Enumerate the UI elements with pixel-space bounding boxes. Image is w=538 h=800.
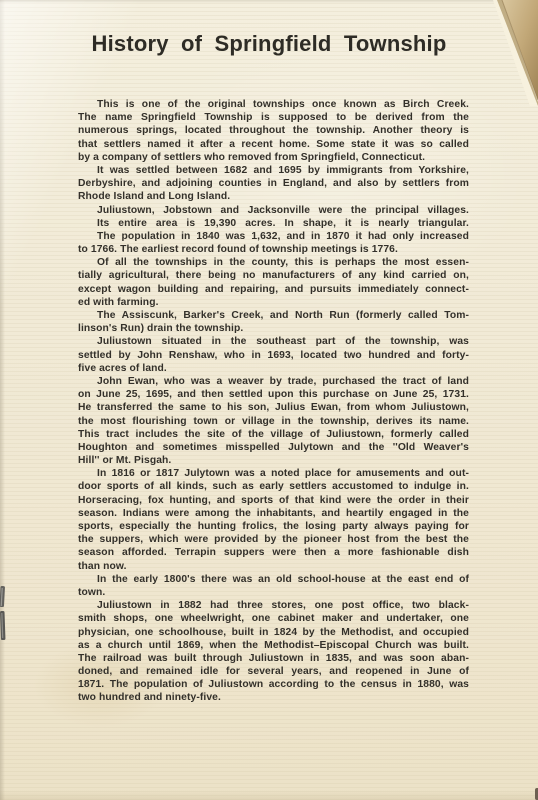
text-line: town. (78, 586, 469, 599)
scanned-page: History of Springfield Township This is … (0, 0, 538, 800)
text-line: smith shops, one wheelwright, one cabine… (78, 612, 469, 625)
text-line: than now. (78, 560, 469, 573)
text-line: doned, and remained idle for several yea… (78, 665, 469, 678)
text-line: In the early 1800's there was an old sch… (78, 573, 469, 586)
text-line: as a church until 1869, when the Methodi… (78, 639, 469, 652)
text-line: the most flourishing town or village in … (78, 415, 469, 428)
text-line: two hundred and ninety-five. (78, 691, 469, 704)
text-line: that settlers named it after a recent ho… (78, 138, 469, 151)
text-line: the suppers, which were provided by the … (78, 533, 469, 546)
text-line: linson's Run) drain the township. (78, 322, 469, 335)
text-line: Horseracing, fox hunting, and sports of … (78, 494, 469, 507)
book-cover-corner (492, 0, 538, 106)
text-line: tially agricultural, there being no manu… (78, 269, 469, 282)
text-line: physician, one schoolhouse, built in 182… (78, 626, 469, 639)
text-line: Rhode Island and Long Island. (78, 190, 469, 203)
text-line: Houghton and sometimes misspelled Julyto… (78, 441, 469, 454)
text-line: Hill'' or Mt. Pisgah. (78, 454, 469, 467)
text-line: In 1816 or 1817 Julytown was a noted pla… (78, 467, 469, 480)
text-line: numerous springs, located throughout the… (78, 124, 469, 137)
text-line: Juliustown in 1882 had three stores, one… (78, 599, 469, 612)
text-line: The railroad was built through Juliustow… (78, 652, 469, 665)
text-line: ed with farming. (78, 296, 469, 309)
text-line: Its entire area is 19,390 acres. In shap… (78, 217, 469, 230)
text-line: Of all the townships in the county, this… (78, 256, 469, 269)
text-line: He transferred the same to his son, Juli… (78, 401, 469, 414)
text-line: season afforded. Terrapin suppers were t… (78, 546, 469, 559)
text-line: door sports of all kinds, such as early … (78, 480, 469, 493)
text-line: to 1766. The earliest record found of to… (78, 243, 469, 256)
text-line: except wagon building and repairing, and… (78, 283, 469, 296)
text-line: 1871. The population of Juliustown accor… (78, 678, 469, 691)
text-line: This tract includes the site of the vill… (78, 428, 469, 441)
text-line: season. Indians were among the inhabitan… (78, 507, 469, 520)
staple (0, 586, 9, 644)
body-text: This is one of the original townships on… (78, 98, 469, 705)
scan-top-edge (0, 0, 538, 3)
text-line: It was settled between 1682 and 1695 by … (78, 164, 469, 177)
text-line: John Ewan, who was a weaver by trade, pu… (78, 375, 469, 388)
text-line: settled by John Renshaw, who in 1693, lo… (78, 349, 469, 362)
text-line: on June 25, 1695, and then settled upon … (78, 388, 469, 401)
text-line: Juliustown situated in the southeast par… (78, 335, 469, 348)
text-line: The population in 1840 was 1,632, and in… (78, 230, 469, 243)
text-line: The name Springfield Township is suppose… (78, 111, 469, 124)
page-title: History of Springfield Township (0, 31, 538, 57)
text-line: This is one of the original townships on… (78, 98, 469, 111)
text-line: Juliustown, Jobstown and Jacksonville we… (78, 204, 469, 217)
text-line: five acres of land. (78, 362, 469, 375)
text-line: sports, especially the hunting frolics, … (78, 520, 469, 533)
text-line: The Assiscunk, Barker's Creek, and North… (78, 309, 469, 322)
text-line: Derbyshire, and adjoining counties in En… (78, 177, 469, 190)
text-line: by a company of settlers who removed fro… (78, 151, 469, 164)
